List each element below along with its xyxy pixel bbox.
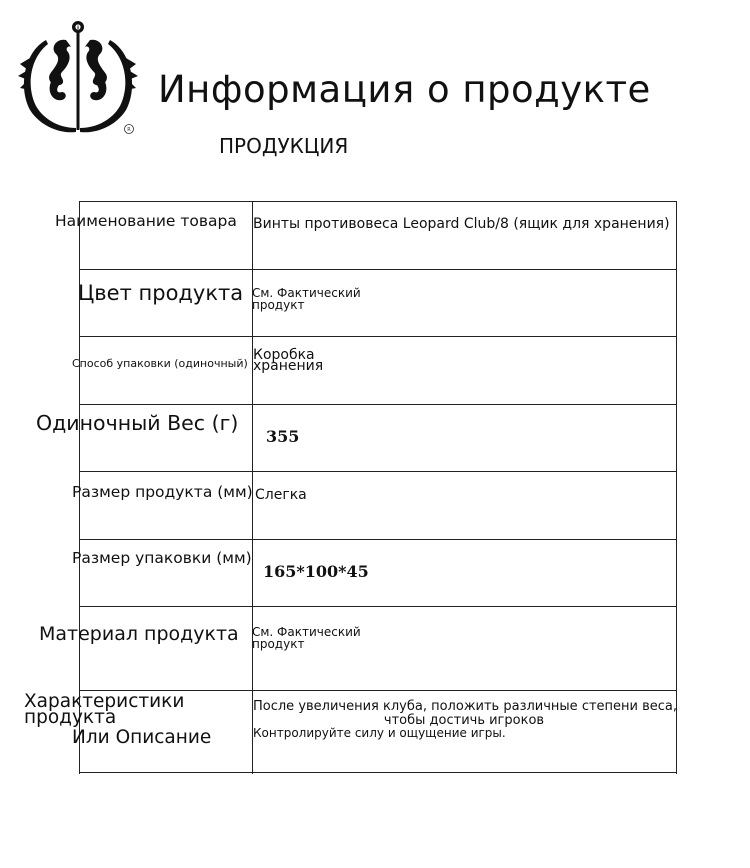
row-value-product-size: Слегка [255, 487, 307, 503]
row-label-packing-method: Способ упаковки (одиночный) [72, 357, 248, 370]
row-label-product-size: Размер продукта (мм) [72, 483, 253, 501]
row-label-material: Материал продукта [39, 623, 239, 645]
row-value-single-weight: 355 [266, 427, 299, 446]
value-line: чтобы достичь игроков [253, 714, 675, 728]
row-value-product-name: Винты противовеса Leopard Club/8 (ящик д… [253, 216, 670, 232]
value-line: продукт [252, 638, 361, 650]
row-divider [79, 269, 677, 270]
table-border-right [676, 201, 677, 774]
row-label-features: Характеристики продукта Или Описание [24, 694, 211, 746]
row-divider [79, 404, 677, 405]
value-line: хранения [253, 361, 323, 372]
row-label-package-size: Размер упаковки (мм) [72, 549, 252, 567]
table-border-bottom [79, 772, 677, 773]
row-label-product-name: Наименование товара [55, 212, 237, 230]
value-line: Контролируйте силу и ощущение игры. [253, 727, 675, 739]
row-divider [79, 606, 677, 607]
svg-text:R: R [127, 127, 131, 133]
row-label-single-weight: Одиночный Вес (г) [36, 411, 238, 435]
row-value-package-size: 165*100*45 [263, 562, 369, 581]
page-title: Информация о продукте [158, 68, 651, 111]
svg-text:8: 8 [77, 25, 80, 30]
label-line: Или Описание [24, 730, 211, 746]
row-label-product-color: Цвет продукта [78, 281, 243, 305]
row-divider [79, 336, 677, 337]
row-value-material: См. Фактический продукт [252, 626, 361, 650]
table-border-top [79, 201, 677, 202]
row-divider [79, 539, 677, 540]
row-divider [79, 471, 677, 472]
section-subtitle: ПРОДУКЦИЯ [219, 134, 348, 158]
label-line: продукта [24, 710, 211, 726]
row-value-packing-method: Коробка хранения [253, 350, 323, 372]
value-line: продукт [252, 299, 361, 311]
row-value-product-color: См. Фактический продукт [252, 287, 361, 311]
row-value-features: После увеличения клуба, положить различн… [253, 700, 675, 739]
brand-logo: 8 R [16, 18, 140, 140]
dragons-logo-icon: 8 R [16, 18, 140, 140]
value-line: После увеличения клуба, положить различн… [253, 700, 675, 714]
